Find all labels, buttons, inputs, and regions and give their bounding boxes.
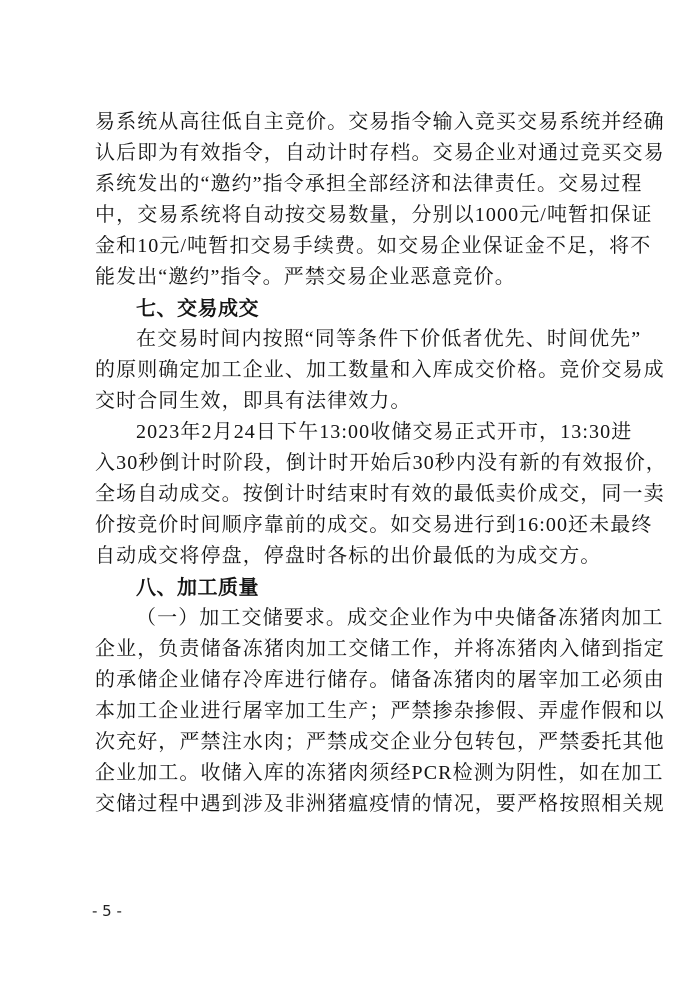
body-line: 能发出“邀约”指令。严禁交易企业恶意竞价。 bbox=[95, 262, 606, 293]
body-line: 交时合同生效，即具有法律效力。 bbox=[95, 386, 606, 417]
body-line: 入30秒倒计时阶段，倒计时开始后30秒内没有新的有效报价， bbox=[95, 448, 606, 479]
body-line: 易系统从高往低自主竞价。交易指令输入竞买交易系统并经确 bbox=[95, 107, 606, 138]
body-line: 中，交易系统将自动按交易数量，分别以1000元/吨暂扣保证 bbox=[95, 200, 606, 231]
body-line: 的原则确定加工企业、加工数量和入库成交价格。竞价交易成 bbox=[95, 355, 606, 386]
body-line: 认后即为有效指令，自动计时存档。交易企业对通过竞买交易 bbox=[95, 138, 606, 169]
body-line: 金和10元/吨暂扣交易手续费。如交易企业保证金不足，将不 bbox=[95, 231, 606, 262]
body-line: 次充好，严禁注水肉；严禁成交企业分包转包，严禁委托其他 bbox=[95, 727, 606, 758]
body-line: 价按竞价时间顺序靠前的成交。如交易进行到16:00还未最终 bbox=[95, 510, 606, 541]
body-line: 自动成交将停盘，停盘时各标的出价最低的为成交方。 bbox=[95, 541, 606, 572]
body-line: 在交易时间内按照“同等条件下价低者优先、时间优先” bbox=[95, 324, 606, 355]
document-page: 易系统从高往低自主竞价。交易指令输入竞买交易系统并经确 认后即为有效指令，自动计… bbox=[0, 0, 700, 989]
body-line: 企业，负责储备冻猪肉加工交储工作，并将冻猪肉入储到指定 bbox=[95, 634, 606, 665]
document-body: 易系统从高往低自主竞价。交易指令输入竞买交易系统并经确 认后即为有效指令，自动计… bbox=[95, 107, 606, 820]
body-line: 本加工企业进行屠宰加工生产；严禁掺杂掺假、弄虚作假和以 bbox=[95, 696, 606, 727]
body-line: 全场自动成交。按倒计时结束时有效的最低卖价成交，同一卖 bbox=[95, 479, 606, 510]
body-line: （一）加工交储要求。成交企业作为中央储备冻猪肉加工 bbox=[95, 603, 606, 634]
section-heading-seven: 七、交易成交 bbox=[95, 293, 606, 324]
body-line: 系统发出的“邀约”指令承担全部经济和法律责任。交易过程 bbox=[95, 169, 606, 200]
body-line: 交储过程中遇到涉及非洲猪瘟疫情的情况，要严格按照相关规 bbox=[95, 789, 606, 820]
section-heading-eight: 八、加工质量 bbox=[95, 572, 606, 603]
page-number: - 5 - bbox=[92, 902, 122, 920]
body-line: 2023年2月24日下午13:00收储交易正式开市，13:30进 bbox=[95, 417, 606, 448]
body-line: 的承储企业储存冷库进行储存。储备冻猪肉的屠宰加工必须由 bbox=[95, 665, 606, 696]
body-line: 企业加工。收储入库的冻猪肉须经PCR检测为阴性，如在加工 bbox=[95, 758, 606, 789]
